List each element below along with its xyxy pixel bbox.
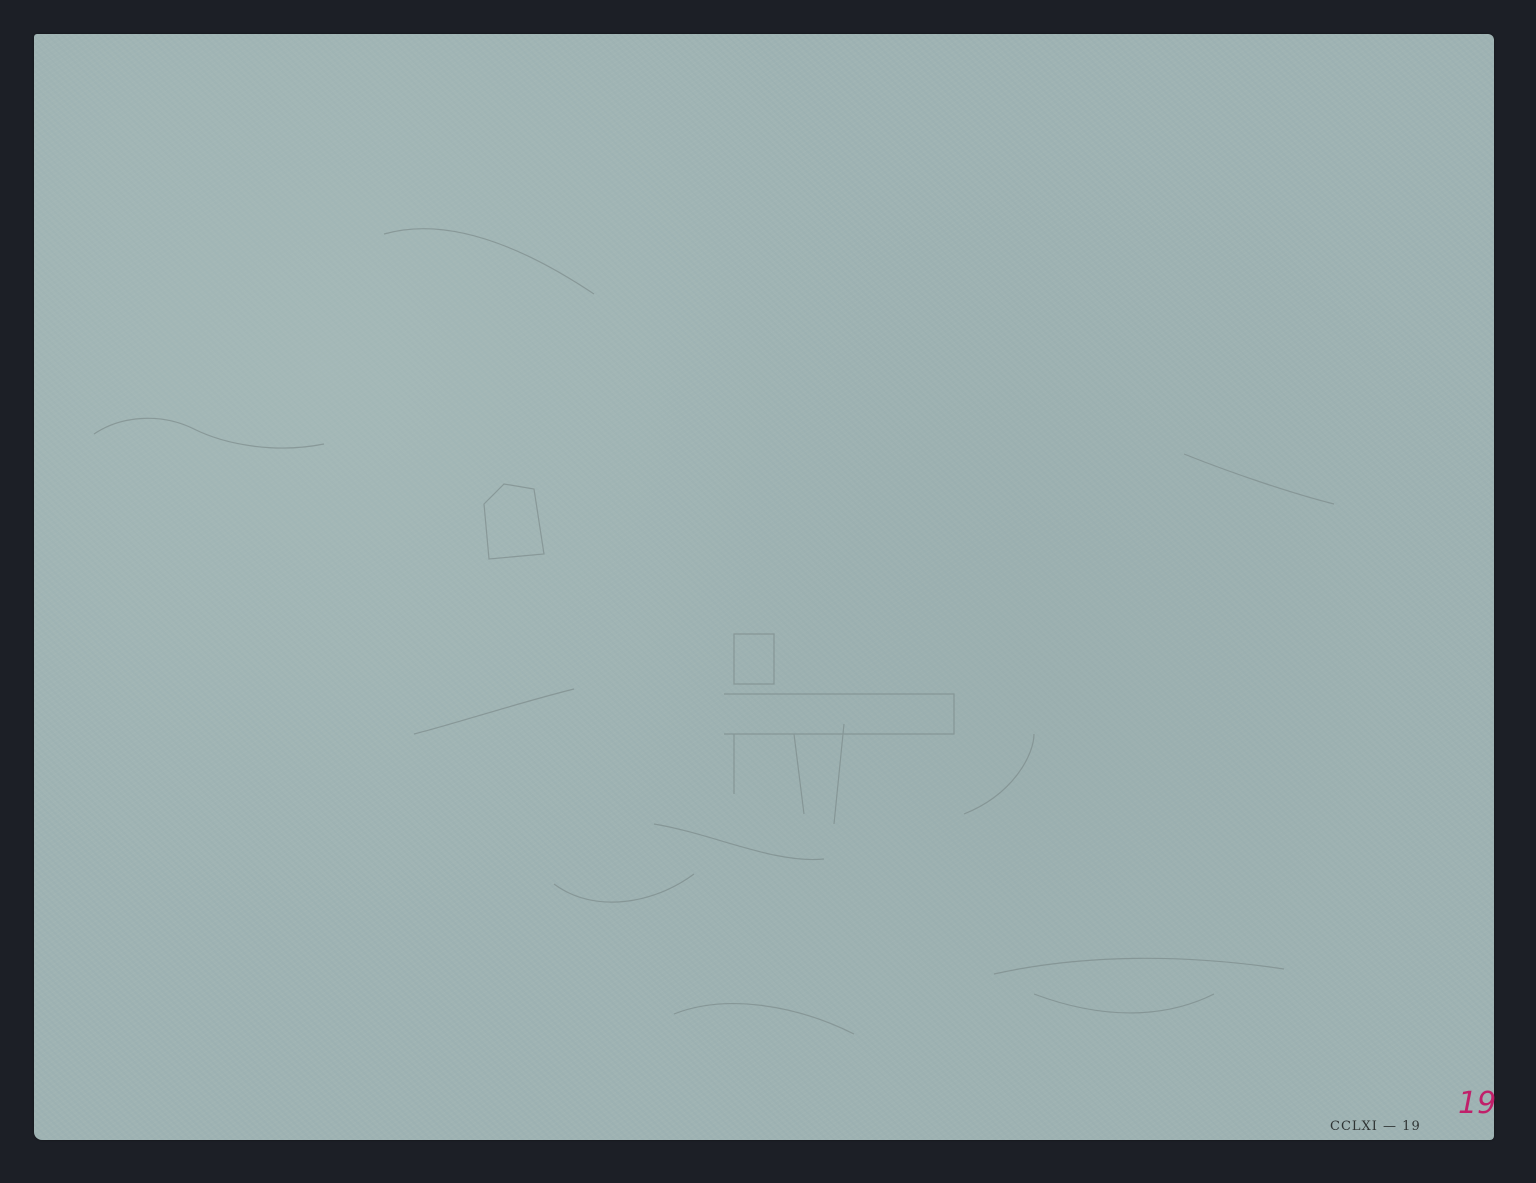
catalogue-stamp: CCLXI — 19	[1330, 1119, 1421, 1134]
pencil-sketch-lines	[34, 34, 1494, 1140]
handwritten-folio-number: 19	[1458, 1086, 1496, 1121]
sketch-paper: 19 CCLXI — 19	[34, 34, 1494, 1140]
